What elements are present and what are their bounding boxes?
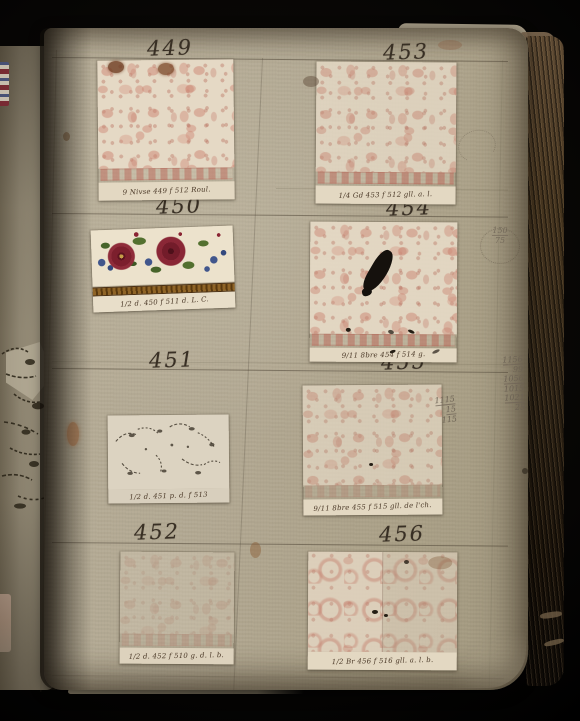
entry-number-449: 449 xyxy=(130,35,211,62)
circled-number: 75 xyxy=(495,236,505,245)
pencil-scribble-arc xyxy=(454,125,499,166)
swatch-453-margin: 1/4 Gd 453 f 512 gll. a. l. xyxy=(316,186,456,205)
calc-line: 25 xyxy=(515,403,526,413)
swatch-449-pattern xyxy=(97,59,234,168)
column-divider-rule xyxy=(233,58,263,693)
swatch-451-sketch xyxy=(108,414,230,489)
pencil-circled-note: 150 75 xyxy=(480,226,520,245)
caption-455: 9/11 8bre 455 f 515 gll. de l'ch. xyxy=(314,501,432,513)
ink-dot xyxy=(404,560,409,564)
facing-page-pink-fragment xyxy=(0,594,11,652)
entry-number-456: 456 xyxy=(362,521,443,548)
book-fore-edge xyxy=(526,36,564,686)
caption-454: 9/11 8bre 454 f 514 g. xyxy=(341,350,425,360)
ink-speck xyxy=(346,328,351,332)
ink-speck xyxy=(384,614,388,617)
stain xyxy=(67,422,79,446)
facing-page-swatch-fragment xyxy=(0,62,9,106)
stain xyxy=(108,61,124,73)
calc-line: 115 xyxy=(441,414,457,425)
swatch-455-margin: 9/11 8bre 455 f 515 gll. de l'ch. xyxy=(303,499,442,516)
swatch-453-border-band xyxy=(318,172,454,185)
ink-speck xyxy=(372,610,378,614)
swatch-452-border-band xyxy=(122,634,232,647)
circled-number: 150 xyxy=(492,226,507,236)
pencil-calculations-side: 1115 15 115 xyxy=(421,394,458,426)
fabric-swatch-450: 1/2 d. 450 f 511 d. L. C. xyxy=(91,226,236,313)
swatch-450-pattern xyxy=(91,226,235,287)
swatch-452-margin: 1/2 d. 452 f 510 g. d. l. b. xyxy=(120,648,234,665)
swatch-451-margin: 1/2 d. 451 p. d. f 513 xyxy=(108,488,229,503)
stacked-page-edges xyxy=(526,36,564,686)
pencil-calculations: 1156 99 1056 1015 1021 25 xyxy=(467,355,526,415)
swatch-456-left-panel xyxy=(308,552,384,652)
stain xyxy=(158,63,174,75)
sprig-sketch xyxy=(108,414,230,487)
caption-449: 9 Nivse 449 f 512 Roul. xyxy=(123,185,211,196)
swatch-452-pattern xyxy=(120,552,235,635)
stain xyxy=(303,76,319,87)
swatch-449-border-band xyxy=(100,167,232,180)
stain xyxy=(428,556,452,569)
caption-453: 1/4 Gd 453 f 512 gll. a. l. xyxy=(339,190,433,200)
sample-book-page: 449 453 450 454 451 455 452 456 9 Nivse … xyxy=(44,28,528,690)
stain xyxy=(250,542,261,558)
bottom-rule xyxy=(52,675,504,679)
ink-speck xyxy=(369,463,373,466)
fabric-swatch-453: 1/4 Gd 453 f 512 gll. a. l. xyxy=(316,62,457,205)
entry-number-452: 452 xyxy=(117,519,198,546)
ink-dot xyxy=(522,468,528,474)
fabric-swatch-449: 9 Nivse 449 f 512 Roul. xyxy=(97,59,234,200)
caption-451: 1/2 d. 451 p. d. f 513 xyxy=(129,491,208,502)
swatch-453-pattern xyxy=(316,62,457,173)
fabric-swatch-456: 1/2 Br 456 f 516 gll. a. l. b. xyxy=(308,552,458,671)
photograph-of-sample-book: { "artifact": { "kind": "textile sample … xyxy=(0,0,580,721)
caption-452: 1/2 d. 452 f 510 g. d. l. b. xyxy=(129,651,224,661)
fabric-swatch-454: 9/11 8bre 454 f 514 g. xyxy=(310,222,458,363)
entry-number-451: 451 xyxy=(132,347,213,374)
swatch-456-margin: 1/2 Br 456 f 516 gll. a. l. b. xyxy=(308,652,457,671)
fabric-swatch-452: 1/2 d. 452 f 510 g. d. l. b. xyxy=(120,552,235,665)
caption-456: 1/2 Br 456 f 516 gll. a. l. b. xyxy=(331,656,433,666)
swatch-455-border-band xyxy=(305,485,440,498)
caption-450: 1/2 d. 450 f 511 d. L. C. xyxy=(120,295,209,308)
swatch-449-margin: 9 Nivse 449 f 512 Roul. xyxy=(99,181,235,200)
drawing-swatch-451: 1/2 d. 451 p. d. f 513 xyxy=(108,414,230,503)
stain xyxy=(438,40,462,50)
stain xyxy=(63,132,70,141)
swatch-454-border-band xyxy=(312,334,455,347)
